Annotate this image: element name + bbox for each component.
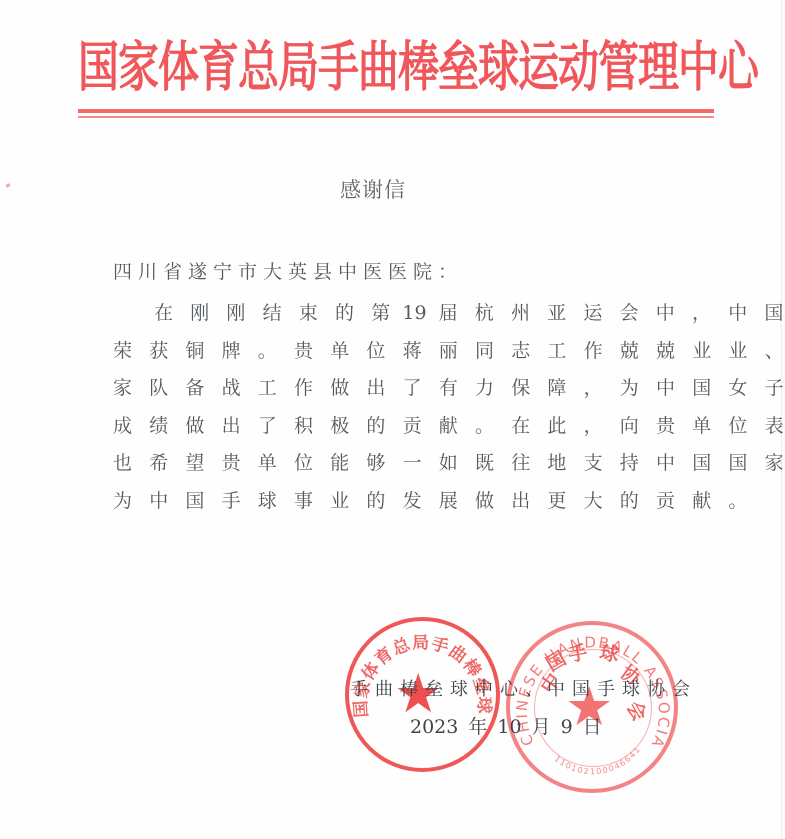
body-line-2: 荣获铜牌。贵单位蒋丽同志工作兢兢业业、认真负责，对国 (113, 336, 693, 374)
body-line-3: 家队备战工作做出了有力保障，为中国女子手球队取得此次 (113, 373, 693, 411)
letterhead-rule-thin (78, 116, 714, 118)
letter-body: 在刚刚结束的第19届杭州亚运会中，中国女子手球队 荣获铜牌。贵单位蒋丽同志工作兢… (113, 298, 693, 523)
date-year-unit: 年 (468, 716, 487, 738)
date-day-unit: 日 (583, 716, 602, 738)
signatory-separator: 、 (525, 679, 547, 700)
body-line-6: 为中国手球事业的发展做出更大的贡献。 (113, 486, 693, 524)
letterhead-organization: 国家体育总局手曲棒垒球运动管理中心 (78, 21, 718, 113)
scan-artifact-mark (6, 183, 11, 188)
body-line-4: 成绩做出了积极的贡献。在此，向贵单位表示衷心的感谢。 (113, 411, 693, 449)
body-line-1: 在刚刚结束的第19届杭州亚运会中，中国女子手球队 (113, 298, 693, 336)
signatory-2: 中国手球协会 (547, 679, 697, 700)
date-month: 10 (497, 716, 521, 738)
document-page: 国家体育总局手曲棒垒球运动管理中心 感谢信 四川省遂宁市大英县中医医院： 在刚刚… (0, 0, 785, 839)
date-year: 2023 (410, 716, 458, 738)
letter-title: 感谢信 (340, 175, 450, 205)
body-line-5: 也希望贵单位能够一如既往地支持中国国家手球队的发展， (113, 448, 693, 486)
body-line-1-pre: 在刚刚结束的第 (154, 302, 407, 324)
date-month-unit: 月 (532, 716, 551, 738)
signature-date: 2023年10月9日 (410, 714, 612, 740)
seal-handball-association: CHINESE HANDBALL ASSOCIATION 11010210004… (506, 621, 678, 793)
letterhead-rule-thick (78, 109, 714, 113)
date-day: 9 (561, 716, 573, 738)
body-line-1-post: 届杭州亚运会中，中国女子手球队 (439, 302, 785, 324)
body-line-1-number: 19 (402, 302, 426, 324)
signatories: 手曲棒垒球中心、中国手球协会 (350, 677, 697, 703)
letter-salutation: 四川省遂宁市大英县中医医院： (113, 258, 463, 286)
seal-2-serial: 110102100046641 (553, 744, 643, 776)
svg-text:110102100046641: 110102100046641 (553, 744, 643, 776)
signatory-1: 手曲棒垒球中心 (350, 679, 525, 700)
